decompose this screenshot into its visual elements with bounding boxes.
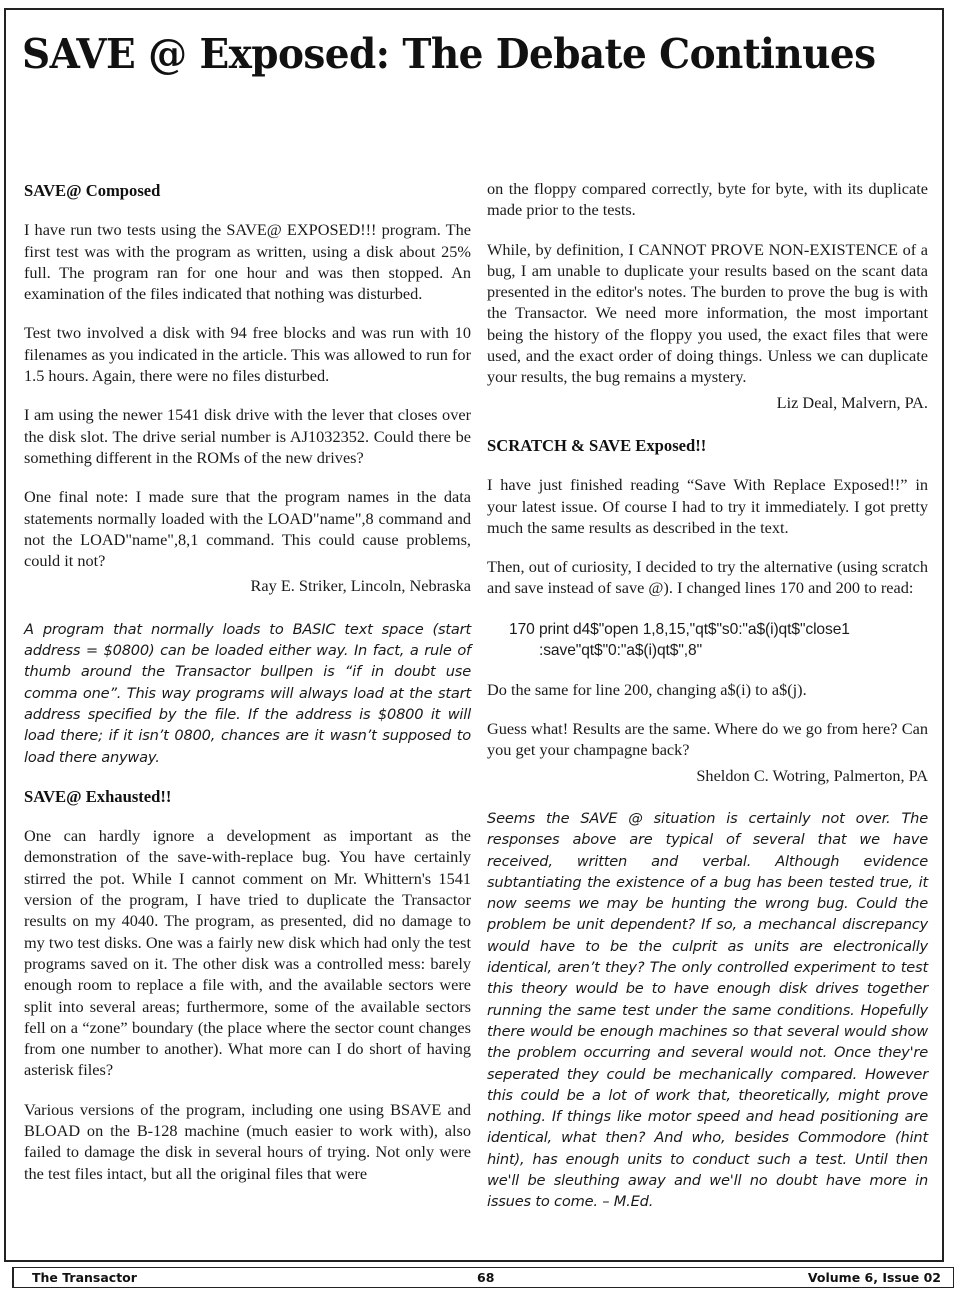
article-title: SAVE @ Exposed: The Debate Continues: [22, 30, 875, 78]
code-listing: 170 print d4$"open 1,8,15,"qt$"s0:"a$(i)…: [487, 619, 928, 661]
right-column: on the floppy compared correctly, byte f…: [487, 178, 928, 1231]
letter-paragraph: One final note: I made sure that the pro…: [24, 486, 471, 571]
left-column: SAVE@ Composed I have run two tests usin…: [24, 180, 471, 1202]
code-line-continuation: :save"qt$"0:"a$(i)qt$",8": [509, 640, 928, 661]
editor-note: Seems the SAVE @ situation is certainly …: [487, 808, 928, 1213]
letter-paragraph: While, by definition, I CANNOT PROVE NON…: [487, 239, 928, 388]
letter-paragraph: I have just finished reading “Save With …: [487, 474, 928, 538]
letter-heading-save-composed: SAVE@ Composed: [24, 180, 471, 201]
letter-paragraph: Guess what! Results are the same. Where …: [487, 718, 928, 761]
letter-paragraph: Do the same for line 200, changing a$(i)…: [487, 679, 928, 700]
page-footer: The Transactor 68 Volume 6, Issue 02: [12, 1267, 954, 1288]
letter-heading-save-exhausted: SAVE@ Exhausted!!: [24, 786, 471, 807]
letter-paragraph: Test two involved a disk with 94 free bl…: [24, 322, 471, 386]
letter-paragraph: Then, out of curiosity, I decided to try…: [487, 556, 928, 599]
editor-reply: A program that normally loads to BASIC t…: [24, 619, 471, 768]
letter-signature: Ray E. Striker, Lincoln, Nebraska: [24, 575, 471, 596]
letter-paragraph: I am using the newer 1541 disk drive wit…: [24, 404, 471, 468]
footer-issue: Volume 6, Issue 02: [808, 1270, 941, 1285]
letter-paragraph: One can hardly ignore a development as i…: [24, 825, 471, 1081]
letter-paragraph: on the floppy compared correctly, byte f…: [487, 178, 928, 221]
letter-heading-scratch-save: SCRATCH & SAVE Exposed!!: [487, 435, 928, 456]
letter-paragraph: I have run two tests using the SAVE@ EXP…: [24, 219, 471, 304]
footer-page-number: 68: [477, 1270, 494, 1285]
letter-signature: Liz Deal, Malvern, PA.: [487, 392, 928, 413]
letter-paragraph: Various versions of the program, includi…: [24, 1099, 471, 1184]
letter-signature: Sheldon C. Wotring, Palmerton, PA: [487, 765, 928, 786]
footer-publication: The Transactor: [32, 1270, 137, 1285]
code-line: 170 print d4$"open 1,8,15,"qt$"s0:"a$(i)…: [509, 619, 928, 640]
